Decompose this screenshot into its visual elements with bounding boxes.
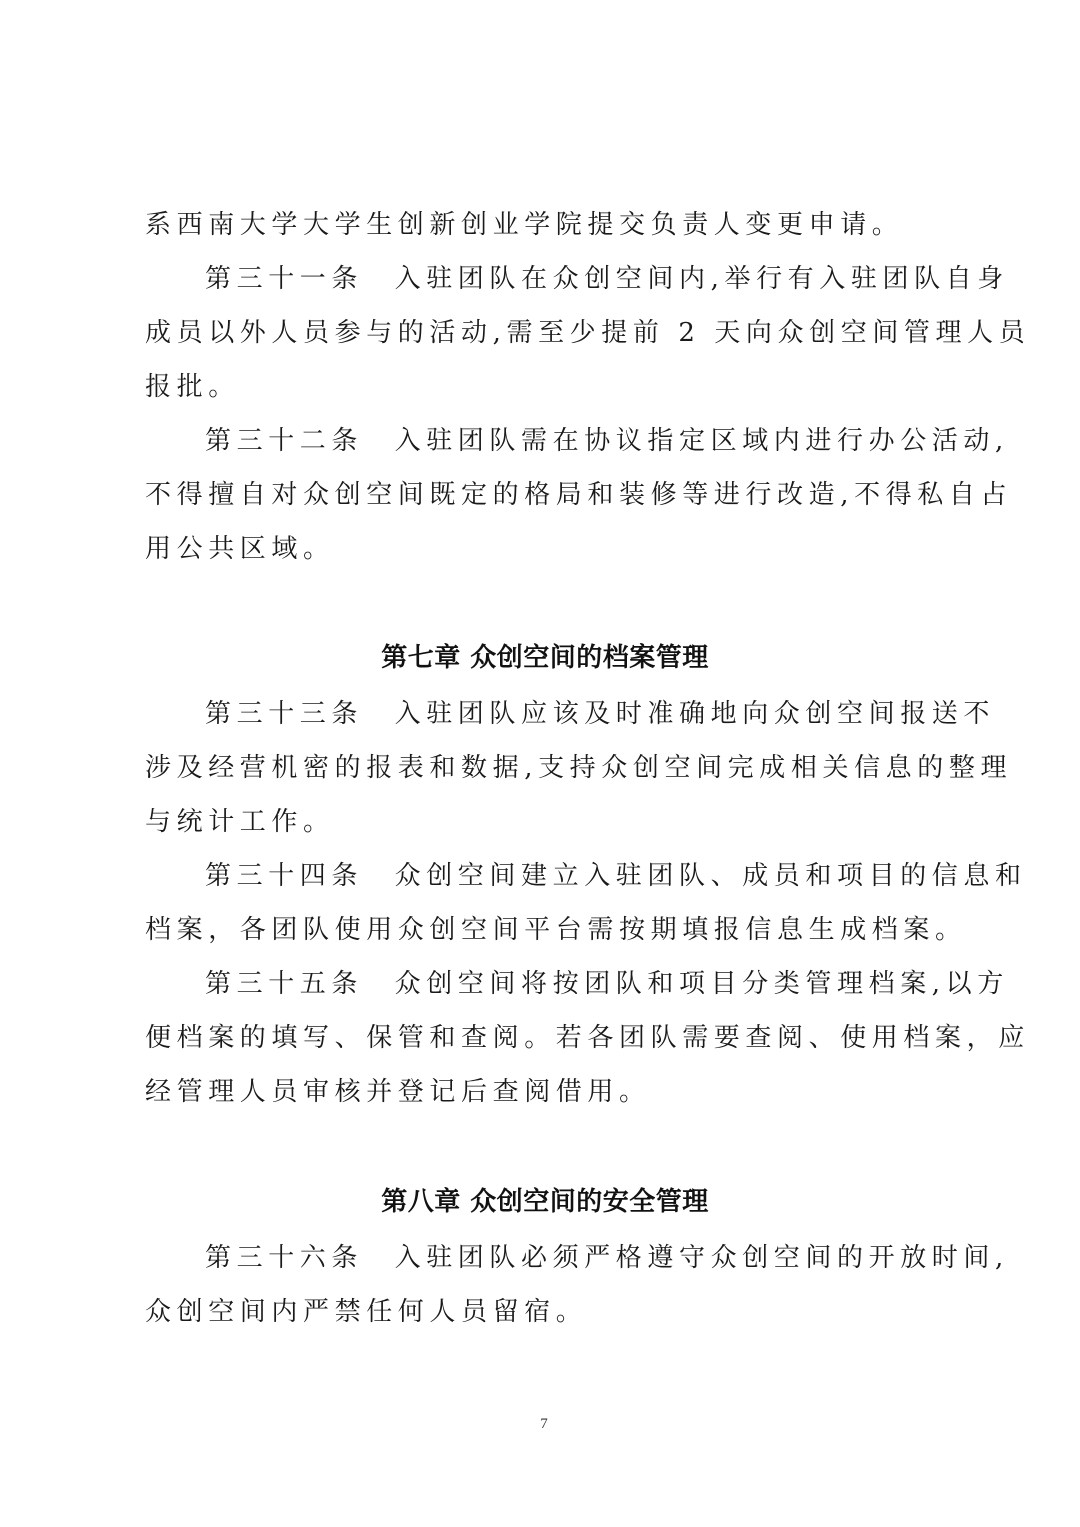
paragraph-line: 不得擅自对众创空间既定的格局和装修等进行改造,不得私自占 — [145, 477, 945, 513]
paragraph-line: 涉及经营机密的报表和数据,支持众创空间完成相关信息的整理 — [145, 750, 945, 786]
document-page: 系西南大学大学生创新创业学院提交负责人变更申请。 第三十一条 入驻团队在众创空间… — [0, 0, 1080, 1527]
chapter-7-heading: 第七章 众创空间的档案管理 — [0, 640, 1080, 676]
article-36-line: 第三十六条 入驻团队必须严格遵守众创空间的开放时间, — [205, 1240, 945, 1276]
page-number: 7 — [0, 1416, 1080, 1433]
paragraph-line: 用公共区域。 — [145, 531, 945, 567]
paragraph-line: 报批。 — [145, 369, 945, 405]
paragraph-line: 系西南大学大学生创新创业学院提交负责人变更申请。 — [145, 207, 945, 243]
paragraph-line: 经管理人员审核并登记后查阅借用。 — [145, 1074, 945, 1110]
article-31-line: 第三十一条 入驻团队在众创空间内,举行有入驻团队自身 — [205, 261, 945, 297]
paragraph-line: 档案，各团队使用众创空间平台需按期填报信息生成档案。 — [145, 912, 945, 948]
paragraph-line: 成员以外人员参与的活动,需至少提前 2 天向众创空间管理人员 — [145, 315, 945, 351]
article-34-line: 第三十四条 众创空间建立入驻团队、成员和项目的信息和 — [205, 858, 945, 894]
paragraph-line: 与统计工作。 — [145, 804, 945, 840]
paragraph-line: 众创空间内严禁任何人员留宿。 — [145, 1294, 945, 1330]
article-35-line: 第三十五条 众创空间将按团队和项目分类管理档案,以方 — [205, 966, 945, 1002]
article-32-line: 第三十二条 入驻团队需在协议指定区域内进行办公活动, — [205, 423, 945, 459]
chapter-8-heading: 第八章 众创空间的安全管理 — [0, 1184, 1080, 1220]
paragraph-line: 便档案的填写、保管和查阅。若各团队需要查阅、使用档案，应 — [145, 1020, 945, 1056]
article-33-line: 第三十三条 入驻团队应该及时准确地向众创空间报送不 — [205, 696, 945, 732]
